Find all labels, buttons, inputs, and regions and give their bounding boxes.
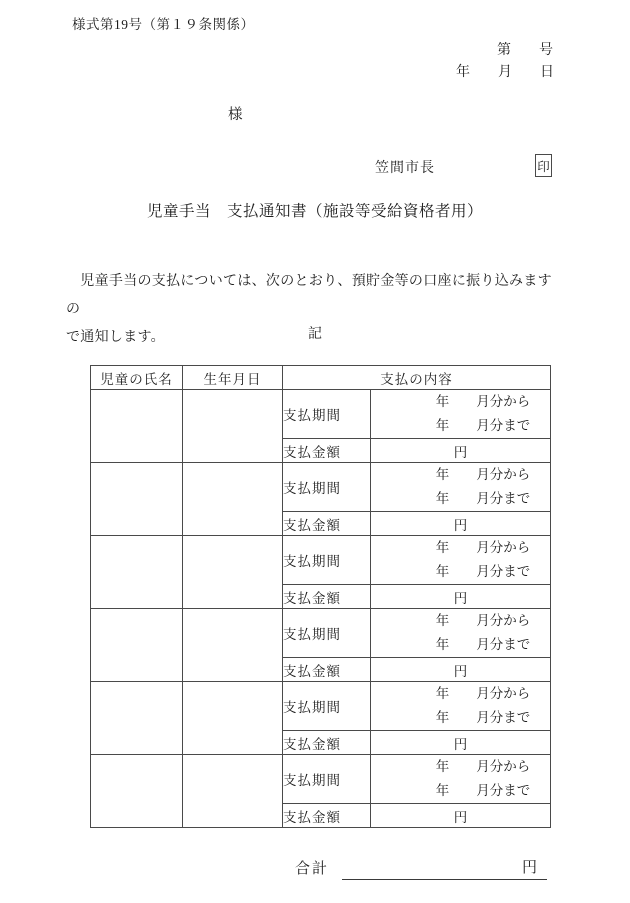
payment-amount-label: 支払金額: [283, 439, 371, 463]
payment-amount-label: 支払金額: [283, 585, 371, 609]
payment-amount-label: 支払金額: [283, 731, 371, 755]
payment-period-value-cell: 年 月分から 年 月分まで: [371, 682, 551, 731]
child-name-cell: [91, 682, 183, 755]
period-to-line: 年 月分まで: [371, 487, 550, 511]
payment-period-value-cell: 年 月分から 年 月分まで: [371, 390, 551, 439]
payment-period-value-cell: 年 月分から 年 月分まで: [371, 463, 551, 512]
header-child-name: 児童の氏名: [91, 366, 183, 390]
header-birth-date: 生年月日: [183, 366, 283, 390]
payment-table: 児童の氏名 生年月日 支払の内容 支払期間 年 月分から 年 月分まで 支払金額…: [90, 365, 551, 828]
period-to-line: 年 月分まで: [371, 633, 550, 657]
payment-amount-value-cell: 円: [371, 731, 551, 755]
ki-marker: 記: [0, 323, 630, 343]
period-from-line: 年 月分から: [371, 390, 550, 414]
header-payment-details: 支払の内容: [283, 366, 551, 390]
table-row-payment-period: 支払期間 年 月分から 年 月分まで: [91, 755, 551, 804]
period-to-line: 年 月分まで: [371, 779, 550, 803]
payment-amount-label: 支払金額: [283, 658, 371, 682]
doc-number-line: 第 号: [497, 39, 553, 59]
child-name-cell: [91, 755, 183, 828]
table-row-payment-period: 支払期間 年 月分から 年 月分まで: [91, 536, 551, 585]
table-row-payment-period: 支払期間 年 月分から 年 月分まで: [91, 390, 551, 439]
table-row-payment-period: 支払期間 年 月分から 年 月分まで: [91, 609, 551, 658]
total-unit: 円: [522, 860, 537, 876]
payment-amount-value-cell: 円: [371, 658, 551, 682]
payment-period-label: 支払期間: [283, 609, 371, 658]
payment-amount-value-cell: 円: [371, 512, 551, 536]
birth-date-cell: [183, 390, 283, 463]
payment-period-label: 支払期間: [283, 682, 371, 731]
table-row-payment-period: 支払期間 年 月分から 年 月分まで: [91, 682, 551, 731]
child-name-cell: [91, 390, 183, 463]
issuer-name: 笠間市長: [375, 157, 435, 177]
birth-date-cell: [183, 609, 283, 682]
payment-amount-label: 支払金額: [283, 512, 371, 536]
table-header-row: 児童の氏名 生年月日 支払の内容: [91, 366, 551, 390]
payment-period-label: 支払期間: [283, 755, 371, 804]
table-row-payment-period: 支払期間 年 月分から 年 月分まで: [91, 463, 551, 512]
payment-amount-label: 支払金額: [283, 804, 371, 828]
period-to-line: 年 月分まで: [371, 706, 550, 730]
period-from-line: 年 月分から: [371, 463, 550, 487]
payment-amount-value-cell: 円: [371, 585, 551, 609]
payment-period-value-cell: 年 月分から 年 月分まで: [371, 755, 551, 804]
period-from-line: 年 月分から: [371, 609, 550, 633]
seal-box: 印: [535, 154, 552, 177]
period-from-line: 年 月分から: [371, 682, 550, 706]
total-row: 合計 円: [295, 857, 547, 880]
total-underline: 円: [342, 857, 547, 880]
period-to-line: 年 月分まで: [371, 414, 550, 438]
date-line: 年 月 日: [456, 61, 554, 81]
birth-date-cell: [183, 755, 283, 828]
period-to-line: 年 月分まで: [371, 560, 550, 584]
addressee-suffix: 様: [228, 103, 243, 124]
seal-label: 印: [537, 157, 550, 175]
child-name-cell: [91, 609, 183, 682]
payment-amount-value-cell: 円: [371, 439, 551, 463]
payment-period-value-cell: 年 月分から 年 月分まで: [371, 536, 551, 585]
document-page: 様式第19号（第１９条関係） 第 号 年 月 日 様 笠間市長 印 児童手当 支…: [0, 0, 630, 903]
child-name-cell: [91, 536, 183, 609]
child-name-cell: [91, 463, 183, 536]
total-label: 合計: [295, 858, 329, 880]
period-from-line: 年 月分から: [371, 536, 550, 560]
period-from-line: 年 月分から: [371, 755, 550, 779]
birth-date-cell: [183, 463, 283, 536]
birth-date-cell: [183, 536, 283, 609]
form-code: 様式第19号（第１９条関係）: [72, 13, 255, 33]
body-line-1: 児童手当の支払については、次のとおり、預貯金等の口座に振り込みますの: [66, 268, 566, 324]
payment-amount-value-cell: 円: [371, 804, 551, 828]
payment-period-label: 支払期間: [283, 463, 371, 512]
payment-period-label: 支払期間: [283, 390, 371, 439]
payment-period-value-cell: 年 月分から 年 月分まで: [371, 609, 551, 658]
page-title: 児童手当 支払通知書（施設等受給資格者用）: [0, 199, 630, 221]
birth-date-cell: [183, 682, 283, 755]
payment-period-label: 支払期間: [283, 536, 371, 585]
